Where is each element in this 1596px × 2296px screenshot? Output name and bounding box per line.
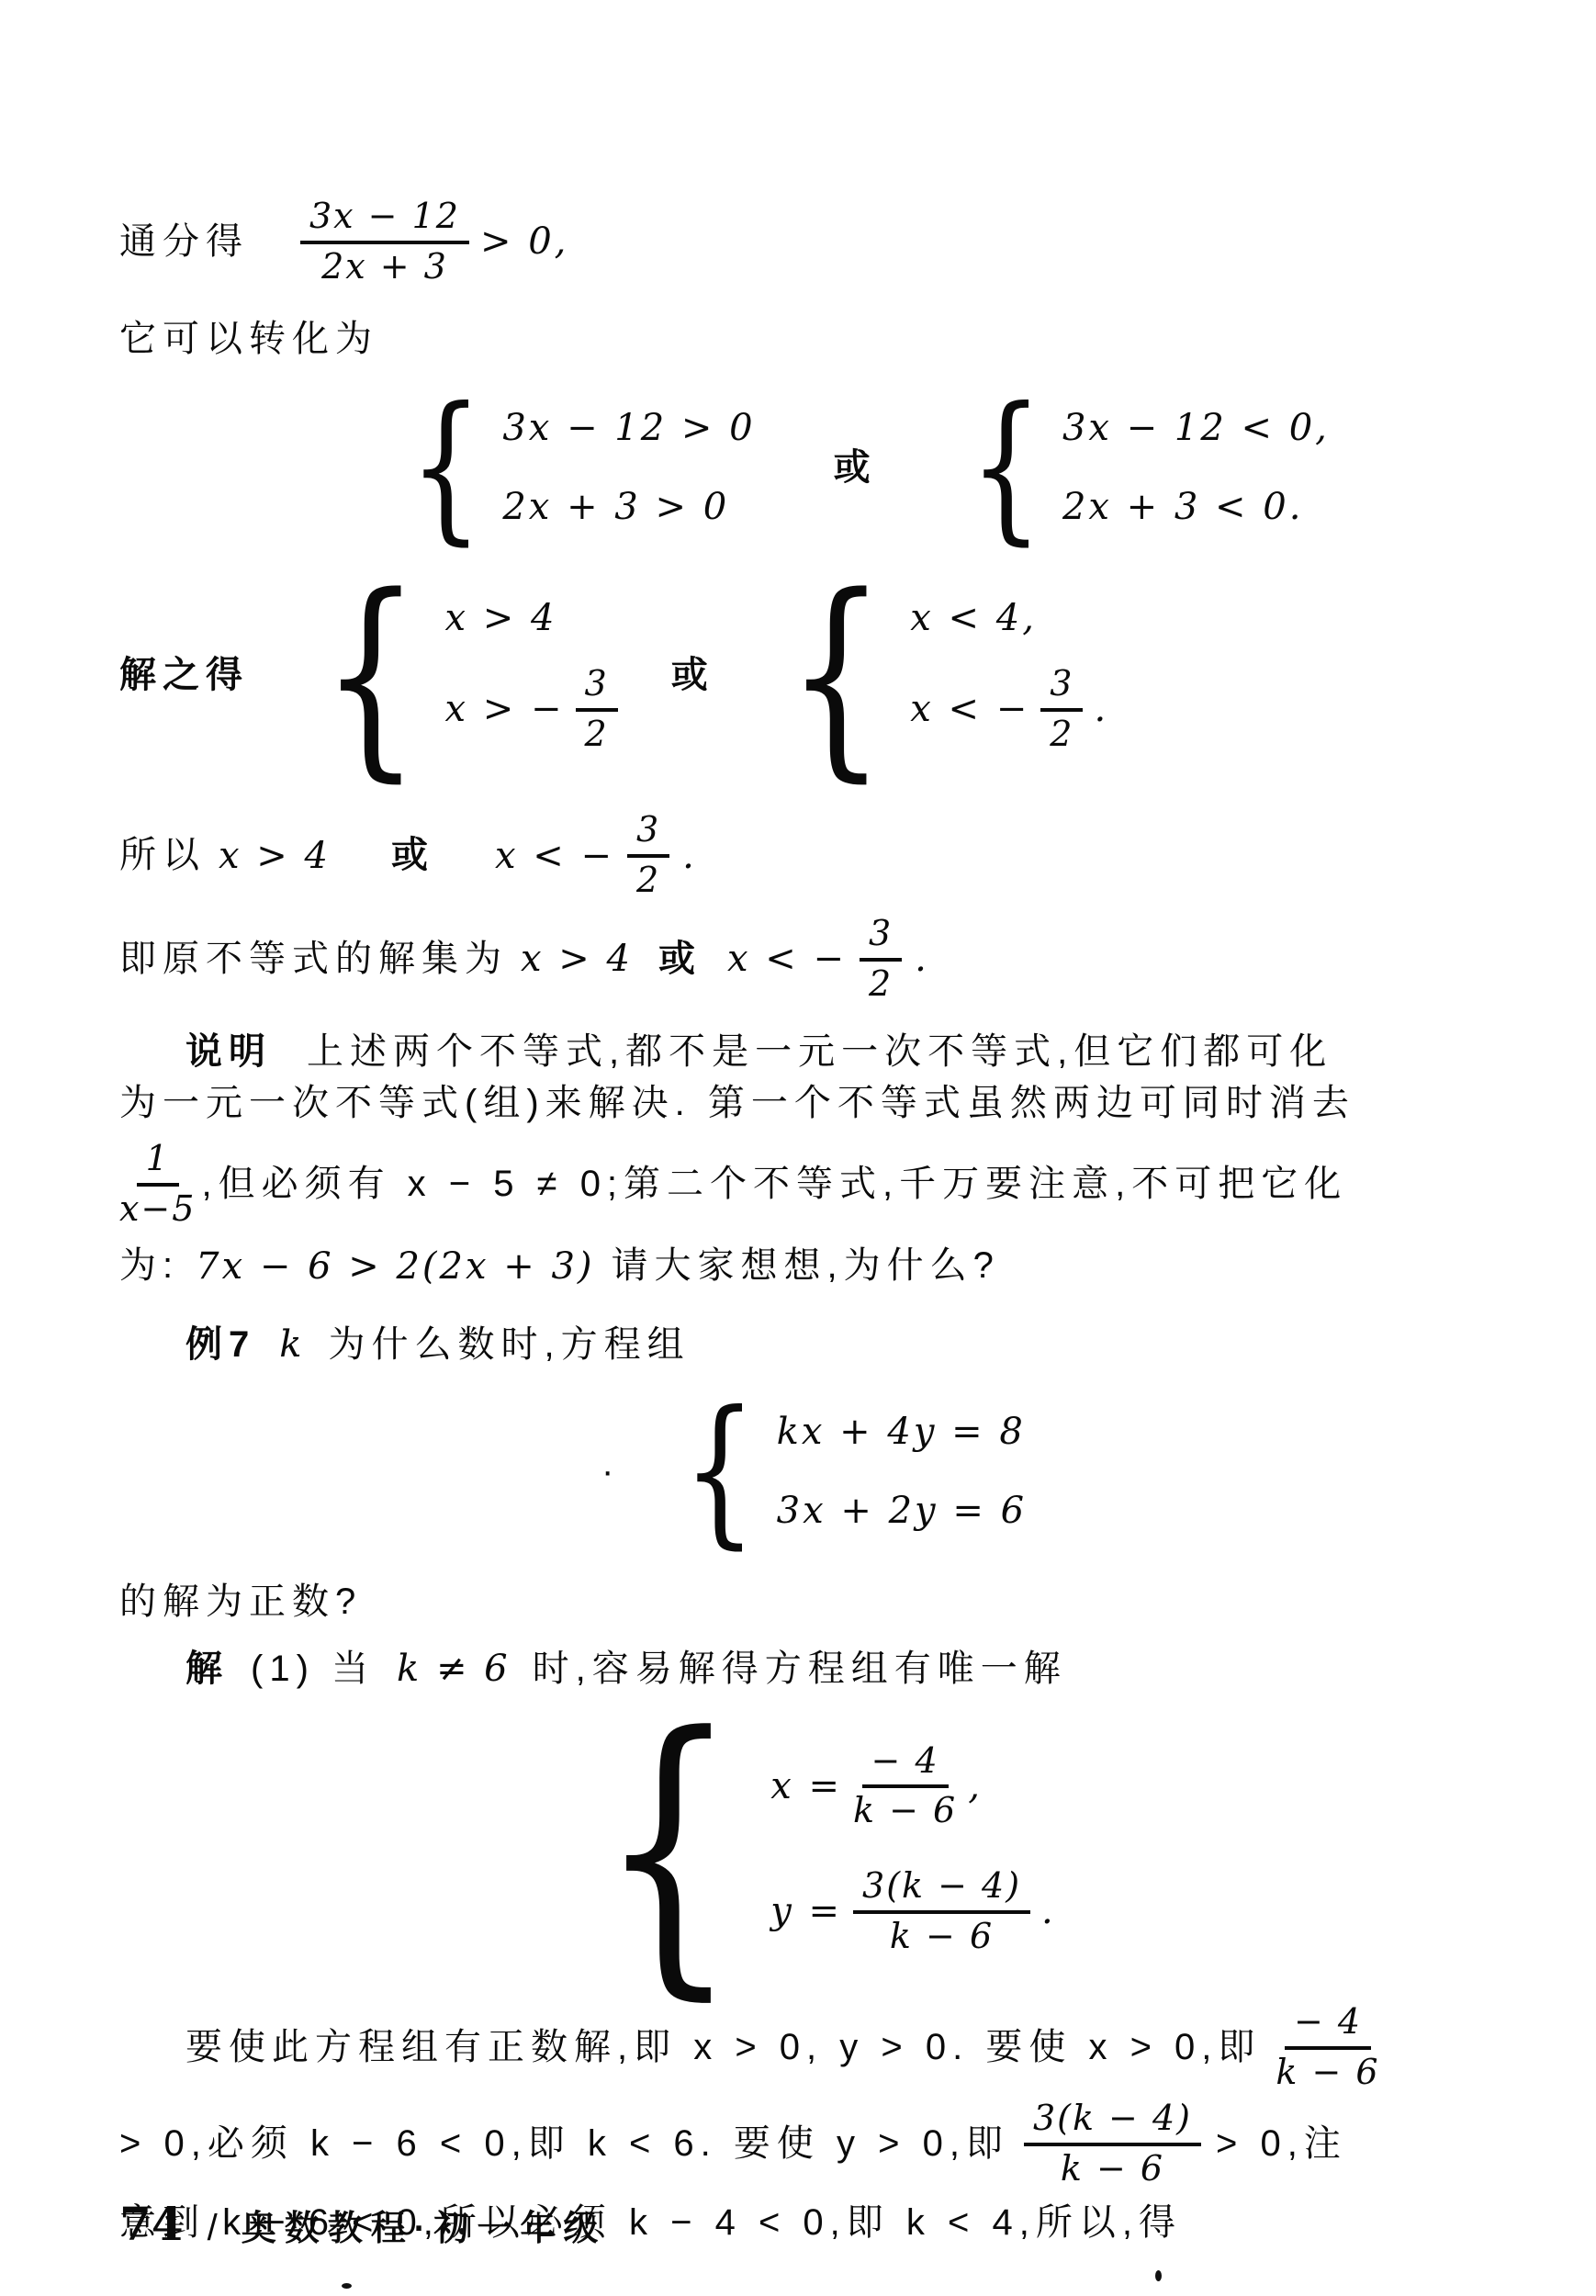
final-text-2-prefix: > 0,必须 k − 6 < 0,即 k < 6. 要使 y > 0,即 xyxy=(119,2119,1009,2169)
system-pair-row: { 3x − 12 > 0 2x + 3 > 0 或 { 3x − 12 < 0… xyxy=(119,400,1509,536)
scan-speck xyxy=(459,2228,465,2234)
middle-dot-glyph: · xyxy=(601,1451,613,1492)
or-connector: 或 xyxy=(834,443,877,493)
fraction-numerator: − 4 xyxy=(862,1742,949,1789)
inequality-x-lt-neg: x < − xyxy=(727,938,847,980)
fraction-denominator: k − 6 xyxy=(890,1914,994,1956)
fraction-three-halves: 3 2 xyxy=(860,915,902,1004)
system-row: 3x − 12 > 0 xyxy=(502,407,755,449)
system-left-solution: { x > 4 x > − 3 2 xyxy=(302,584,618,768)
system-row: x < 4, xyxy=(910,597,1037,639)
remark-text-1: 上述两个不等式,都不是一元一次不等式,但它们都可化 xyxy=(307,1027,1332,1077)
period: . xyxy=(1094,688,1108,730)
remark-line-1: 说明 上述两个不等式,都不是一元一次不等式,但它们都可化 xyxy=(119,1027,1509,1077)
or-connector: 或 xyxy=(391,830,434,881)
fraction-numerator: 3(k − 4) xyxy=(853,1867,1030,1914)
fraction-denominator: 2 xyxy=(1050,712,1073,754)
inequality-x-lt-neg: x < − xyxy=(495,835,614,877)
example-7-heading: 例7 k 为什么数时,方程组 xyxy=(119,1320,1509,1370)
page-content: 通分得 3x − 12 2x + 3 > 0, 它可以转化为 { 3x − 12… xyxy=(0,0,1596,2248)
fraction-neg4-over-k-6: − 4 k − 6 xyxy=(1276,2003,1379,2092)
final-paragraph-line-2: > 0,必须 k − 6 < 0,即 k < 6. 要使 y > 0,即 3(k… xyxy=(119,2099,1509,2189)
label-shuoming: 说明 xyxy=(185,1027,272,1077)
inequality-prefix: x > − xyxy=(445,688,565,730)
system-xy-display: { x = − 4 k − 6 , y = 3(k − 4) xyxy=(119,1720,1509,1978)
solution-text-prefix: (1) 当 xyxy=(251,1644,375,1694)
or-connector: 或 xyxy=(658,934,702,985)
system-right-negative-case: { 3x − 12 < 0, 2x + 3 < 0. xyxy=(955,400,1330,536)
system-row: x > 4 xyxy=(445,597,557,639)
system-kx-display: · { kx + 4y = 8 3x + 2y = 6 xyxy=(119,1403,1509,1540)
system-unique-solution: { x = − 4 k − 6 , y = 3(k − 4) xyxy=(572,1720,1056,1978)
solution-line: 解 (1) 当 k ≠ 6 时,容易解得方程组有唯一解 xyxy=(119,1644,1509,1694)
solution-set-text: 即原不等式的解集为 xyxy=(119,934,508,985)
system-left-positive-case: { 3x − 12 > 0 2x + 3 > 0 xyxy=(395,400,756,536)
fraction-three-halves: 3 2 xyxy=(576,665,618,754)
line-positive-solutions: 的解为正数? xyxy=(119,1577,1509,1627)
fraction-numerator: − 4 xyxy=(1285,2003,1371,2050)
system-rows: 3x − 12 > 0 2x + 3 > 0 xyxy=(502,407,755,528)
left-brace-glyph: { xyxy=(410,400,483,536)
label-suoyi: 所以 xyxy=(119,830,206,881)
fraction-numerator: 3 xyxy=(576,665,618,712)
system-rows: kx + 4y = 8 3x + 2y = 6 xyxy=(777,1411,1027,1532)
left-brace-glyph: { xyxy=(969,400,1042,536)
remark-line-3: 1 x−5 ,但必须有 x − 5 ≠ 0;第二个不等式,千万要注意,不可把它化 xyxy=(119,1140,1509,1229)
system-rows: 3x − 12 < 0, 2x + 3 < 0. xyxy=(1062,407,1330,528)
system-rows: x < 4, x < − 3 2 . xyxy=(910,597,1108,754)
fraction-numerator: 3 xyxy=(860,915,902,962)
fraction-three-halves: 3 2 xyxy=(627,811,669,900)
final-text-1: 要使此方程组有正数解,即 x > 0, y > 0. 要使 x > 0,即 xyxy=(185,2022,1261,2073)
final-paragraph-line-1: 要使此方程组有正数解,即 x > 0, y > 0. 要使 x > 0,即 − … xyxy=(119,2003,1509,2092)
fraction-denominator: k − 6 xyxy=(1276,2050,1379,2092)
equation-kx-4y-8: kx + 4y = 8 xyxy=(777,1411,1026,1453)
inequality-7x-6: 7x − 6 > 2(2x + 3) xyxy=(196,1245,594,1288)
inequality-tail: > 0, xyxy=(480,220,568,263)
line-therefore: 所以 x > 4 或 x < − 3 2 . xyxy=(119,811,1509,900)
period: . xyxy=(682,835,697,877)
remark-line-2: 为一元一次不等式(组)来解决. 第一个不等式虽然两边可同时消去 xyxy=(119,1078,1509,1129)
equation-3x-2y-6: 3x + 2y = 6 xyxy=(777,1490,1027,1532)
formula-rational-inequality: 3x − 12 2x + 3 > 0, xyxy=(300,197,568,287)
fraction-numerator: 3 xyxy=(1040,665,1083,712)
remark-text-3: ,但必须有 x − 5 ≠ 0;第二个不等式,千万要注意,不可把它化 xyxy=(201,1159,1347,1210)
line-solution-set: 即原不等式的解集为 x > 4 或 x < − 3 2 . xyxy=(119,915,1509,1004)
fraction-3k-4-over-k-6: 3(k − 4) k − 6 xyxy=(1024,2099,1201,2189)
fraction-denominator: x−5 xyxy=(119,1187,196,1229)
system-row: 2x + 3 > 0 xyxy=(502,486,729,528)
variable-k: k xyxy=(279,1323,304,1366)
fraction-three-halves: 3 2 xyxy=(1040,665,1083,754)
fraction-neg4-over-k-6: − 4 k − 6 xyxy=(853,1742,957,1831)
example-7-question: 为什么数时,方程组 xyxy=(329,1320,691,1370)
remark-paragraph: 说明 上述两个不等式,都不是一元一次不等式,但它们都可化 为一元一次不等式(组)… xyxy=(119,1027,1509,1291)
fraction-denominator: k − 6 xyxy=(853,1788,957,1830)
equation-x-value: x = − 4 k − 6 , xyxy=(770,1742,983,1831)
line-it-can-be-transformed: 它可以转化为 xyxy=(119,314,1509,365)
comma: , xyxy=(968,1765,983,1807)
fraction-denominator: k − 6 xyxy=(1061,2146,1164,2189)
system-row: 3x − 12 < 0, xyxy=(1062,407,1330,449)
fraction-numerator: 3 xyxy=(627,811,669,858)
system-right-solution: { x < 4, x < − 3 2 . xyxy=(768,584,1108,768)
fraction-denominator: 2x + 3 xyxy=(321,244,448,287)
final-text-2-suffix: > 0,注 xyxy=(1216,2119,1347,2169)
lhs-y-equals: y = xyxy=(770,1890,842,1932)
fraction-denominator: 2 xyxy=(585,712,609,754)
inequality-prefix: x < − xyxy=(910,688,1029,730)
remark-line-4: 为: 7x − 6 > 2(2x + 3) 请大家想想,为什么? xyxy=(119,1241,1509,1291)
system-rows: x = − 4 k − 6 , y = 3(k − 4) k − 6 xyxy=(770,1742,1056,1956)
label-tongfende: 通分得 xyxy=(119,217,249,267)
fraction-denominator: 2 xyxy=(636,858,660,900)
system-of-equations: { kx + 4y = 8 3x + 2y = 6 xyxy=(669,1403,1027,1540)
left-brace-glyph: { xyxy=(787,584,886,768)
page-number: 74 xyxy=(119,2197,184,2251)
inequality-x-gt-4: x > 4 xyxy=(521,938,633,980)
equation-y-value: y = 3(k − 4) k − 6 . xyxy=(770,1867,1056,1956)
system-row-with-fraction: x > − 3 2 xyxy=(445,665,618,754)
fraction-numerator: 1 xyxy=(137,1140,179,1187)
scanned-textbook-page: 通分得 3x − 12 2x + 3 > 0, 它可以转化为 { 3x − 12… xyxy=(0,0,1596,2296)
scan-speck xyxy=(1155,2270,1162,2281)
system-rows: x > 4 x > − 3 2 xyxy=(445,597,618,754)
page-footer: 74 / 奥数教程·初一年级 xyxy=(119,2197,606,2251)
line-common-denominator: 通分得 3x − 12 2x + 3 > 0, xyxy=(119,197,1509,287)
fraction-3x-12-over-2x-3: 3x − 12 2x + 3 xyxy=(300,197,469,287)
inequality-x-gt-4: x > 4 xyxy=(219,835,331,877)
fraction-numerator: 3(k − 4) xyxy=(1024,2099,1201,2146)
or-connector: 或 xyxy=(671,650,714,701)
system-row-with-fraction: x < − 3 2 . xyxy=(910,665,1108,754)
lhs-x-equals: x = xyxy=(770,1765,842,1807)
fraction-denominator: 2 xyxy=(869,962,893,1004)
fraction-3k-4-over-k-6: 3(k − 4) k − 6 xyxy=(853,1867,1030,1956)
left-brace-glyph: { xyxy=(683,1403,757,1540)
fraction-one-over-x-minus-5: 1 x−5 xyxy=(119,1140,196,1229)
period: . xyxy=(1041,1890,1056,1932)
label-jiezhide: 解之得 xyxy=(119,650,249,701)
book-title: 奥数教程·初一年级 xyxy=(242,2200,607,2250)
remark-text-4-prefix: 为: xyxy=(119,1241,179,1291)
fraction-numerator: 3x − 12 xyxy=(300,197,469,244)
scan-speck xyxy=(342,2283,352,2289)
left-brace-glyph: { xyxy=(600,1720,738,1978)
label-jie: 解 xyxy=(185,1644,229,1694)
condition-k-neq-6: k ≠ 6 xyxy=(397,1648,511,1690)
remark-text-4-suffix: 请大家想想,为什么? xyxy=(612,1241,1000,1291)
left-brace-glyph: { xyxy=(321,584,421,768)
period: . xyxy=(915,938,929,980)
solution-row: 解之得 { x > 4 x > − 3 2 或 { xyxy=(119,584,1509,768)
label-example-7: 例7 xyxy=(185,1320,255,1370)
system-row: 2x + 3 < 0. xyxy=(1062,486,1304,528)
footer-separator: / xyxy=(208,2208,218,2249)
